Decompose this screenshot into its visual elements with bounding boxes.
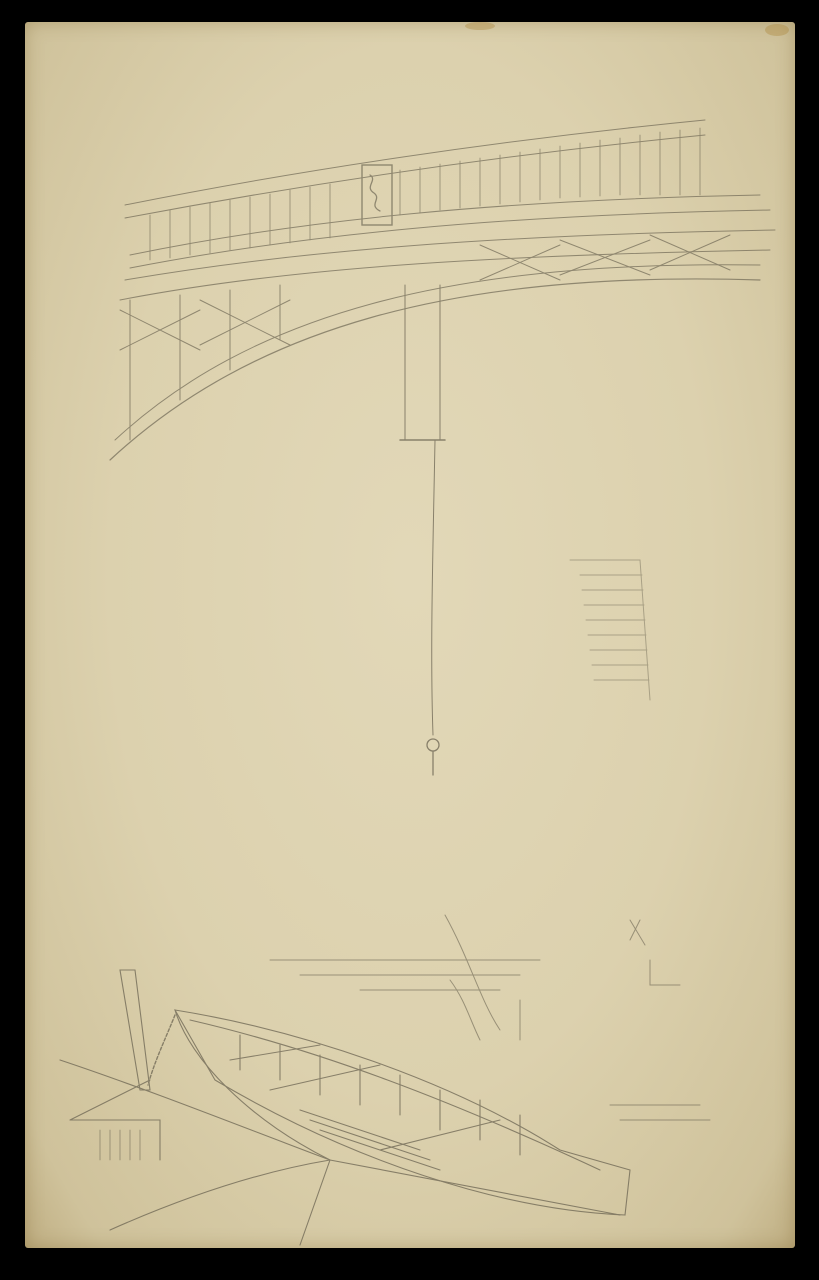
pencil-drawing [25, 22, 795, 1248]
sketch-paper [25, 22, 795, 1248]
bridge [110, 120, 775, 460]
distant-sailboats [270, 915, 710, 1120]
steps [570, 560, 650, 700]
hanging-rope [400, 285, 445, 775]
rowing-boat [60, 970, 630, 1245]
